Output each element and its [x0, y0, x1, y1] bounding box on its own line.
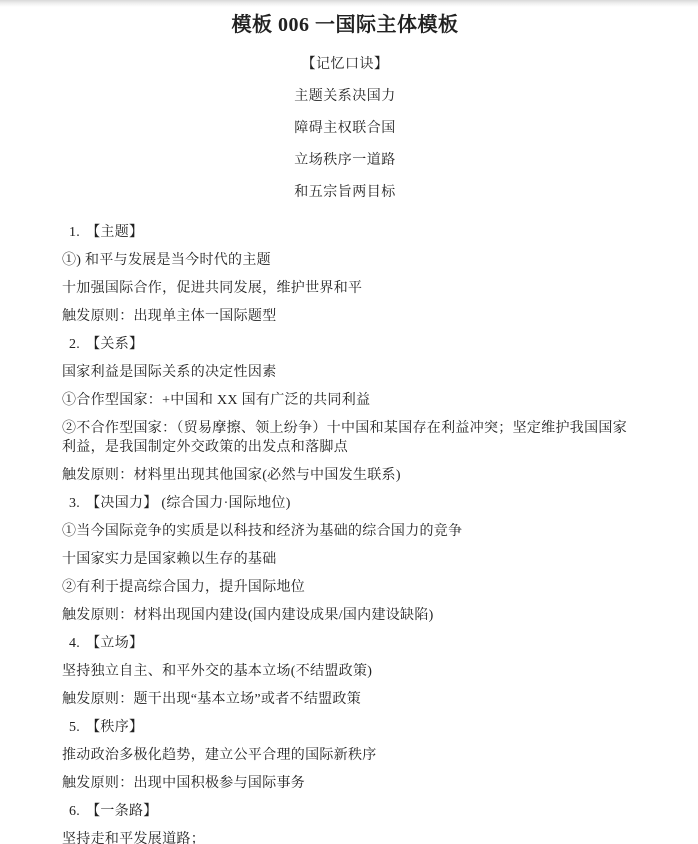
section-line: 坚持独立自主、和平外交的基本立场(不结盟政策): [62, 662, 628, 681]
section-line: ②不合作型国家：（贸易摩擦、领上纷争）十中国和某国存在利益冲突；坚定维护我国国家…: [62, 419, 628, 457]
section-number: 6.: [69, 802, 80, 821]
section-line: ②有利于提高综合国力，提升国际地位: [62, 578, 628, 597]
section-line: 十国家实力是国家赖以生存的基础: [62, 550, 628, 569]
mnemonic-line: 主题关系决国力: [62, 81, 628, 113]
section-line: 十加强国际合作，促进共同发展，维护世界和平: [62, 279, 628, 298]
section-heading: 4.【立场】: [62, 634, 628, 653]
page-top-shadow: [0, 0, 698, 7]
sections-block: 1.【主题】①) 和平与发展是当今时代的主题十加强国际合作，促进共同发展，维护世…: [62, 223, 628, 844]
section-heading-label: 【主题】: [86, 225, 143, 240]
doc-title: 模板 006 一国际主体模板: [62, 13, 628, 37]
section-heading-label: 【决国力】 (综合国力·国际地位): [86, 496, 291, 511]
section-heading-label: 【秩序】: [86, 720, 143, 735]
section-number: 2.: [69, 335, 80, 354]
mnemonic-line: 和五宗旨两目标: [62, 177, 628, 209]
section-line: 触发原则：材料出现国内建设(国内建设成果/国内建设缺陷): [62, 606, 628, 625]
section-number: 5.: [69, 718, 80, 737]
section-heading: 1.【主题】: [62, 223, 628, 242]
mnemonic-heading: 【记忆口诀】: [62, 49, 628, 81]
section-number: 3.: [69, 494, 80, 513]
section-heading-label: 【立场】: [86, 636, 143, 651]
mnemonic-line: 障碍主权联合国: [62, 113, 628, 145]
section-heading-label: 【关系】: [86, 337, 143, 352]
section-line: 触发原则：出现单主体一国际题型: [62, 307, 628, 326]
section-line: 触发原则：材料里出现其他国家(必然与中国发生联系): [62, 466, 628, 485]
section-number: 4.: [69, 634, 80, 653]
section-line: 推动政治多极化趋势，建立公平合理的国际新秩序: [62, 746, 628, 765]
section-line: ①当今国际竞争的实质是以科技和经济为基础的综合国力的竞争: [62, 522, 628, 541]
section-line: 国家利益是国际关系的决定性因素: [62, 363, 628, 382]
document-page: 模板 006 一国际主体模板 【记忆口诀】 主题关系决国力障碍主权联合国立场秩序…: [0, 0, 698, 844]
section-heading-label: 【一条路】: [86, 804, 158, 819]
section-line: 坚持走和平发展道路；: [62, 830, 628, 844]
section-line: 触发原则：出现中国积极参与国际事务: [62, 774, 628, 793]
section-heading: 2.【关系】: [62, 335, 628, 354]
section-heading: 6.【一条路】: [62, 802, 628, 821]
mnemonic-line: 立场秩序一道路: [62, 145, 628, 177]
section-heading: 3.【决国力】 (综合国力·国际地位): [62, 494, 628, 513]
section-line: 触发原则：题干出现“基本立场”或者不结盟政策: [62, 690, 628, 709]
section-line: ①合作型国家：+中国和 XX 国有广泛的共同利益: [62, 391, 628, 410]
section-number: 1.: [69, 223, 80, 242]
mnemonic-block: 【记忆口诀】 主题关系决国力障碍主权联合国立场秩序一道路和五宗旨两目标: [62, 49, 628, 209]
section-line: ①) 和平与发展是当今时代的主题: [62, 251, 628, 270]
section-heading: 5.【秩序】: [62, 718, 628, 737]
